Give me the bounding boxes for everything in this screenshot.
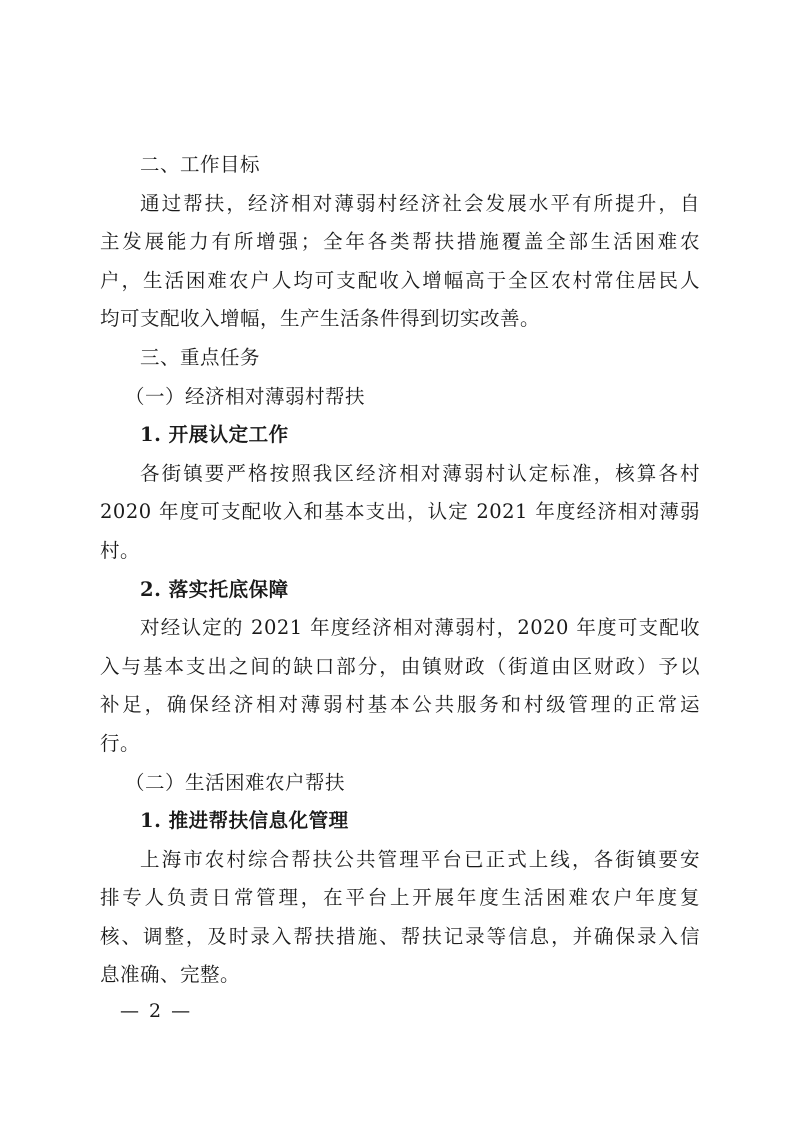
paragraph-line: 上海市农村综合帮扶公共管理平台已正式上线，各街镇要安 xyxy=(100,841,700,880)
item-heading-safeguard: 2. 落实托底保障 xyxy=(100,571,700,610)
paragraph-line: 户，生活困难农户人均可支配收入增幅高于全区农村常住居民人 xyxy=(100,262,700,301)
paragraph-line: 行。 xyxy=(100,725,700,764)
paragraph-line: 通过帮扶，经济相对薄弱村经济社会发展水平有所提升，自 xyxy=(100,185,700,224)
page-number: — 2 — xyxy=(120,1000,192,1022)
subsection-heading-poor-households: （二）生活困难农户帮扶 xyxy=(100,764,700,803)
paragraph-line: 村。 xyxy=(100,532,700,571)
paragraph-line: 对经认定的 2021 年度经济相对薄弱村，2020 年度可支配收 xyxy=(100,609,700,648)
paragraph-line: 2020 年度可支配收入和基本支出，认定 2021 年度经济相对薄弱 xyxy=(100,493,700,532)
section-heading-key-tasks: 三、重点任务 xyxy=(100,339,700,378)
paragraph-line: 均可支配收入增幅，生产生活条件得到切实改善。 xyxy=(100,300,700,339)
paragraph-line: 主发展能力有所增强；全年各类帮扶措施覆盖全部生活困难农 xyxy=(100,223,700,262)
paragraph-line: 补足，确保经济相对薄弱村基本公共服务和村级管理的正常运 xyxy=(100,686,700,725)
paragraph-line: 入与基本支出之间的缺口部分，由镇财政（街道由区财政）予以 xyxy=(100,648,700,687)
subsection-heading-weak-villages: （一）经济相对薄弱村帮扶 xyxy=(100,378,700,417)
item-heading-informatization: 1. 推进帮扶信息化管理 xyxy=(100,802,700,841)
paragraph-line: 排专人负责日常管理，在平台上开展年度生活困难农户年度复 xyxy=(100,879,700,918)
paragraph-line: 核、调整，及时录入帮扶措施、帮扶记录等信息，并确保录入信 xyxy=(100,918,700,957)
item-heading-identification: 1. 开展认定工作 xyxy=(100,416,700,455)
paragraph-line: 息准确、完整。 xyxy=(100,956,700,995)
document-page: 二、工作目标 通过帮扶，经济相对薄弱村经济社会发展水平有所提升，自 主发展能力有… xyxy=(100,146,700,995)
section-heading-work-goals: 二、工作目标 xyxy=(100,146,700,185)
paragraph-line: 各街镇要严格按照我区经济相对薄弱村认定标准，核算各村 xyxy=(100,455,700,494)
